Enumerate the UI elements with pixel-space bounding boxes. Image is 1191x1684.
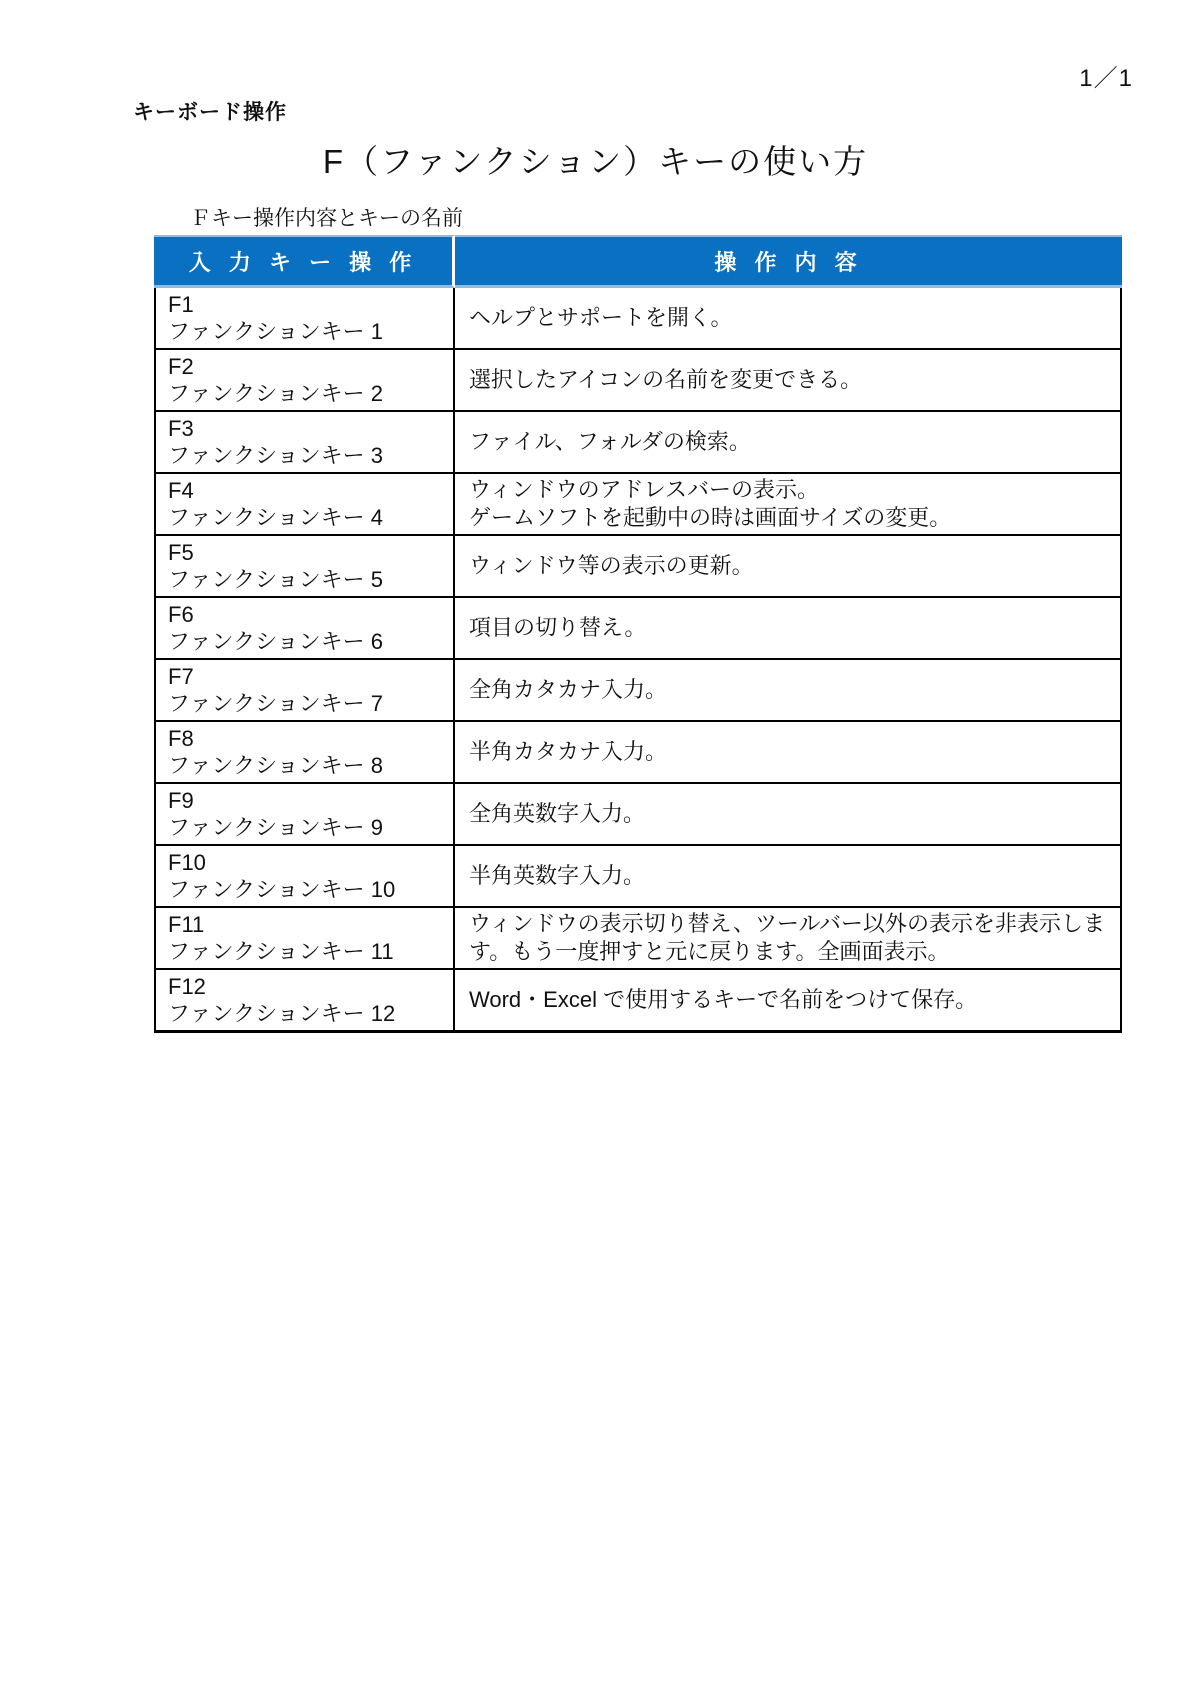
table-header-row: 入 力 キ ー 操 作 操 作 内 容 (154, 235, 1122, 288)
key-name: ファンクションキー 7 (168, 690, 449, 717)
key-name: ファンクションキー 3 (168, 442, 449, 469)
key-name: ファンクションキー 9 (168, 814, 449, 841)
table-row-f12: F12ファンクションキー 12 Word・Excel で使用するキーで名前をつけ… (154, 970, 1122, 1033)
key-description: 選択したアイコンの名前を変更できる。 (455, 350, 1122, 412)
header-cell-description: 操 作 内 容 (455, 235, 1122, 288)
key-label: F9 (168, 787, 449, 814)
key-name: ファンクションキー 1 (168, 318, 449, 345)
table-row-f7: F7ファンクションキー 7 全角カタカナ入力。 (154, 660, 1122, 722)
key-label: F10 (168, 849, 449, 876)
key-label: F1 (168, 291, 449, 318)
key-description: ウィンドウのアドレスバーの表示。 ゲームソフトを起動中の時は画面サイズの変更。 (455, 474, 1122, 536)
table-row-f5: F5ファンクションキー 5 ウィンドウ等の表示の更新。 (154, 536, 1122, 598)
table-row-f9: F9ファンクションキー 9 全角英数字入力。 (154, 784, 1122, 846)
key-description: ファイル、フォルダの検索。 (455, 412, 1122, 474)
key-description: Word・Excel で使用するキーで名前をつけて保存。 (455, 970, 1122, 1033)
key-name: ファンクションキー 10 (168, 876, 449, 903)
table-row-f2: F2ファンクションキー 2 選択したアイコンの名前を変更できる。 (154, 350, 1122, 412)
table-caption: Ｆキー操作内容とキーの名前 (190, 206, 1191, 232)
key-label: F7 (168, 663, 449, 690)
key-name: ファンクションキー 12 (168, 1000, 449, 1027)
header-cell-input-key: 入 力 キ ー 操 作 (154, 235, 455, 288)
key-label: F5 (168, 539, 449, 566)
category-label: キーボード操作 (133, 96, 287, 126)
table-row-f6: F6ファンクションキー 6 項目の切り替え。 (154, 598, 1122, 660)
fkey-table: 入 力 キ ー 操 作 操 作 内 容 F1ファンクションキー 1 ヘルプとサポ… (154, 235, 1122, 1033)
key-label: F6 (168, 601, 449, 628)
key-name: ファンクションキー 5 (168, 566, 449, 593)
key-description: 半角英数字入力。 (455, 846, 1122, 908)
table-row-f4: F4ファンクションキー 4 ウィンドウのアドレスバーの表示。 ゲームソフトを起動… (154, 474, 1122, 536)
doc-title: F（ファンクション）キーの使い方 (0, 140, 1191, 184)
table-row-f10: F10ファンクションキー 10 半角英数字入力。 (154, 846, 1122, 908)
key-description: 全角英数字入力。 (455, 784, 1122, 846)
table-row-f11: F11ファンクションキー 11 ウィンドウの表示切り替え、ツールバー以外の表示を… (154, 908, 1122, 970)
key-label: F8 (168, 725, 449, 752)
table-row-f1: F1ファンクションキー 1 ヘルプとサポートを開く。 (154, 288, 1122, 350)
key-name: ファンクションキー 2 (168, 380, 449, 407)
key-description: ウィンドウ等の表示の更新。 (455, 536, 1122, 598)
key-name: ファンクションキー 4 (168, 504, 449, 531)
page-number: 1／1 (1079, 58, 1133, 93)
key-label: F4 (168, 477, 449, 504)
key-description: 半角カタカナ入力。 (455, 722, 1122, 784)
key-label: F3 (168, 415, 449, 442)
key-name: ファンクションキー 6 (168, 628, 449, 655)
key-name: ファンクションキー 11 (168, 938, 449, 965)
key-label: F12 (168, 973, 449, 1000)
table-row-f3: F3ファンクションキー 3 ファイル、フォルダの検索。 (154, 412, 1122, 474)
key-description: ヘルプとサポートを開く。 (455, 288, 1122, 350)
key-description: 項目の切り替え。 (455, 598, 1122, 660)
key-name: ファンクションキー 8 (168, 752, 449, 779)
document-page: 1／1 キーボード操作 F（ファンクション）キーの使い方 Ｆキー操作内容とキーの… (0, 0, 1191, 1684)
key-description: ウィンドウの表示切り替え、ツールバー以外の表示を非表示します。もう一度押すと元に… (455, 908, 1122, 970)
key-label: F2 (168, 353, 449, 380)
key-description: 全角カタカナ入力。 (455, 660, 1122, 722)
table-row-f8: F8ファンクションキー 8 半角カタカナ入力。 (154, 722, 1122, 784)
key-label: F11 (168, 911, 449, 938)
